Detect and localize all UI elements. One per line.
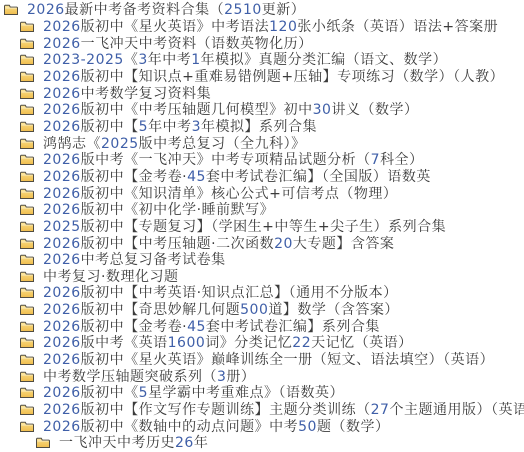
tree-row[interactable]: 中考复习·数理化习题	[0, 269, 524, 286]
folder-label: 2025版初中【专题复习】（学困生+中等生+尖子生）系列合集	[43, 219, 446, 235]
label-number: 3	[217, 369, 226, 385]
folder-label: 2026版初中《初中化学·睡前默写》	[43, 202, 274, 218]
folder-label: 2026版初中【中考压轴题·二次函数20大专题】含答案	[43, 236, 394, 252]
tree-row[interactable]: 2026版初中【金考卷·45套中考试卷汇编】（全国版）语数英	[0, 169, 524, 186]
label-number: 3	[138, 52, 147, 68]
label-number: 2026	[43, 169, 81, 185]
folder-label: 鸿鹄志《2025版中考总复习（全九科）》	[43, 136, 306, 152]
label-number: 120	[269, 19, 297, 35]
tree-row[interactable]: 2026版中考《英语1600词》分类记忆22天记忆（英语）	[0, 335, 524, 352]
folder-icon	[20, 404, 34, 416]
label-number: 2026	[43, 152, 81, 168]
tree-row[interactable]: 2026最新中考备考资料合集（2510更新）	[0, 2, 524, 19]
label-number: 2025	[101, 136, 139, 152]
folder-label: 中考数学压轴题突破系列（3册）	[43, 369, 255, 385]
label-number: 7	[371, 152, 380, 168]
tree-row[interactable]: 2026版中考《一飞冲天》中考专项精品试题分析（7科全）	[0, 152, 524, 169]
label-number: 2026	[43, 86, 81, 102]
folder-icon	[20, 421, 34, 433]
folder-icon	[20, 104, 34, 116]
tree-row[interactable]: 2026版初中《知识清单》核心公式+可信考点（物理）	[0, 185, 524, 202]
label-number: 5	[139, 119, 148, 135]
folder-icon	[20, 54, 34, 66]
folder-label: 2026版初中《星火英语》巅峰训练全一册（短文、语法填空）（英语）	[43, 352, 494, 368]
folder-icon	[20, 371, 34, 383]
label-number: 2026	[43, 302, 81, 318]
folder-label: 2026版初中【5年中考3年模拟】系列合集	[43, 119, 317, 135]
tree-row[interactable]: 鸿鹄志《2025版中考总复习（全九科）》	[0, 135, 524, 152]
label-number: 5	[139, 385, 148, 401]
folder-icon	[20, 304, 34, 316]
tree-row[interactable]: 2026版初中【中考英语·知识点汇总】（通用不分版本）	[0, 285, 524, 302]
tree-row[interactable]: 一飞冲天中考历史26年	[0, 435, 524, 452]
folder-icon	[36, 437, 50, 449]
folder-label: 2026中考数学复习资料集	[43, 86, 211, 102]
tree-row[interactable]: 2026版初中【知识点+重难易错例题+压轴】专项练习（数学）（人教）	[0, 69, 524, 86]
folder-label: 中考复习·数理化习题	[43, 269, 178, 285]
label-number: 2025	[43, 219, 81, 235]
tree-row[interactable]: 2026版初中【中考压轴题·二次函数20大专题】含答案	[0, 235, 524, 252]
label-number: 2026	[43, 402, 81, 418]
folder-icon	[20, 271, 34, 283]
folder-icon	[4, 4, 18, 16]
folder-label: 2026版初中《数轴中的动点问题》中考50题（数学）	[43, 419, 389, 435]
label-number: 2026	[43, 36, 81, 52]
label-number: 2026	[43, 102, 81, 118]
label-number: 2026	[43, 335, 81, 351]
label-number: 3	[192, 119, 201, 135]
tree-row[interactable]: 中考数学压轴题突破系列（3册）	[0, 368, 524, 385]
label-number: 2026	[43, 69, 81, 85]
tree-row[interactable]: 2026一飞冲天中考资料（语数英物化历）	[0, 35, 524, 52]
tree-row[interactable]: 2026中考总复习备考试卷集	[0, 252, 524, 269]
folder-tree: 2026最新中考备考资料合集（2510更新）2026版初中《星火英语》中考语法1…	[0, 2, 524, 452]
folder-label: 2026版中考《一飞冲天》中考专项精品试题分析（7科全）	[43, 152, 424, 168]
folder-icon	[20, 387, 34, 399]
label-number: 2026	[43, 19, 81, 35]
label-number: 50	[298, 419, 317, 435]
tree-row[interactable]: 2026版初中《5星学霸中考重难点》（语数英）	[0, 385, 524, 402]
tree-row[interactable]: 2026版初中【作文写作专题训练】主题分类训练（27个主题通用版）（英语）	[0, 402, 524, 419]
label-number: 45	[187, 169, 206, 185]
folder-icon	[20, 71, 34, 83]
label-number: 22	[292, 335, 311, 351]
label-number: 2026	[43, 252, 81, 268]
label-number: 2026	[43, 186, 81, 202]
folder-icon	[20, 354, 34, 366]
folder-label: 一飞冲天中考历史26年	[59, 435, 208, 451]
file-list-window: 2026最新中考备考资料合集（2510更新）2026版初中《星火英语》中考语法1…	[0, 0, 524, 452]
tree-row[interactable]: 2026版初中【金考卷·45套中考试卷汇编】系列合集	[0, 318, 524, 335]
folder-label: 2026版初中【金考卷·45套中考试卷汇编】系列合集	[43, 319, 380, 335]
label-number: 30	[313, 102, 332, 118]
folder-icon	[20, 38, 34, 50]
folder-label: 2026版初中【作文写作专题训练】主题分类训练（27个主题通用版）（英语）	[43, 402, 524, 418]
label-number: 500	[240, 302, 268, 318]
folder-label: 2026版初中《星火英语》中考语法120张小纸条（英语）语法+答案册	[43, 19, 498, 35]
folder-label: 2026版初中《知识清单》核心公式+可信考点（物理）	[43, 186, 397, 202]
label-number: 45	[187, 319, 206, 335]
folder-icon	[20, 287, 34, 299]
tree-row[interactable]: 2026版初中【奇思妙解几何题500道】数学（含答案）	[0, 302, 524, 319]
tree-row[interactable]: 2026版初中《数轴中的动点问题》中考50题（数学）	[0, 418, 524, 435]
folder-label: 2026版初中《中考压轴题几何模型》初中30讲义（数学）	[43, 102, 418, 118]
folder-icon	[20, 121, 34, 133]
folder-label: 2026版初中【知识点+重难易错例题+压轴】专项练习（数学）（人教）	[43, 69, 504, 85]
tree-row[interactable]: 2026版初中《初中化学·睡前默写》	[0, 202, 524, 219]
label-number: 2023-2025	[43, 52, 124, 68]
folder-icon	[20, 254, 34, 266]
label-number: 1600	[168, 335, 206, 351]
label-number: 2026	[43, 285, 81, 301]
folder-label: 2026一飞冲天中考资料（语数英物化历）	[43, 36, 313, 52]
folder-label: 2026版初中《5星学霸中考重难点》（语数英）	[43, 385, 344, 401]
folder-label: 2026版初中【金考卷·45套中考试卷汇编】（全国版）语数英	[43, 169, 431, 185]
tree-row[interactable]: 2025版初中【专题复习】（学困生+中等生+尖子生）系列合集	[0, 219, 524, 236]
tree-row[interactable]: 2026版初中《中考压轴题几何模型》初中30讲义（数学）	[0, 102, 524, 119]
tree-row[interactable]: 2026版初中《星火英语》中考语法120张小纸条（英语）语法+答案册	[0, 19, 524, 36]
tree-row[interactable]: 2023-2025《3年中考1年模拟》真题分类汇编（语文、数学）	[0, 52, 524, 69]
folder-label: 2026版中考《英语1600词》分类记忆22天记忆（英语）	[43, 335, 413, 351]
label-number: 2026	[43, 236, 81, 252]
label-number: 2510	[224, 2, 262, 18]
folder-icon	[20, 154, 34, 166]
label-number: 2026	[43, 352, 81, 368]
folder-label: 2026最新中考备考资料合集（2510更新）	[27, 2, 305, 18]
label-number: 1	[191, 52, 200, 68]
folder-label: 2026版初中【中考英语·知识点汇总】（通用不分版本）	[43, 285, 398, 301]
label-number: 2026	[43, 319, 81, 335]
folder-icon	[20, 204, 34, 216]
label-number: 27	[371, 402, 390, 418]
folder-icon	[20, 21, 34, 33]
folder-label: 2026中考总复习备考试卷集	[43, 252, 226, 268]
folder-icon	[20, 138, 34, 150]
folder-icon	[20, 221, 34, 233]
label-number: 2026	[43, 202, 81, 218]
folder-icon	[20, 238, 34, 250]
tree-row[interactable]: 2026中考数学复习资料集	[0, 85, 524, 102]
label-number: 2026	[27, 2, 65, 18]
folder-icon	[20, 188, 34, 200]
label-number: 2026	[43, 419, 81, 435]
label-number: 2026	[43, 119, 81, 135]
label-number: 26	[175, 435, 194, 451]
folder-icon	[20, 171, 34, 183]
label-number: 20	[274, 236, 293, 252]
folder-label: 2023-2025《3年中考1年模拟》真题分类汇编（语文、数学）	[43, 52, 447, 68]
tree-row[interactable]: 2026版初中【5年中考3年模拟】系列合集	[0, 119, 524, 136]
folder-label: 2026版初中【奇思妙解几何题500道】数学（含答案）	[43, 302, 399, 318]
folder-icon	[20, 88, 34, 100]
folder-icon	[20, 321, 34, 333]
tree-row[interactable]: 2026版初中《星火英语》巅峰训练全一册（短文、语法填空）（英语）	[0, 352, 524, 369]
folder-icon	[20, 337, 34, 349]
label-number: 2026	[43, 385, 81, 401]
